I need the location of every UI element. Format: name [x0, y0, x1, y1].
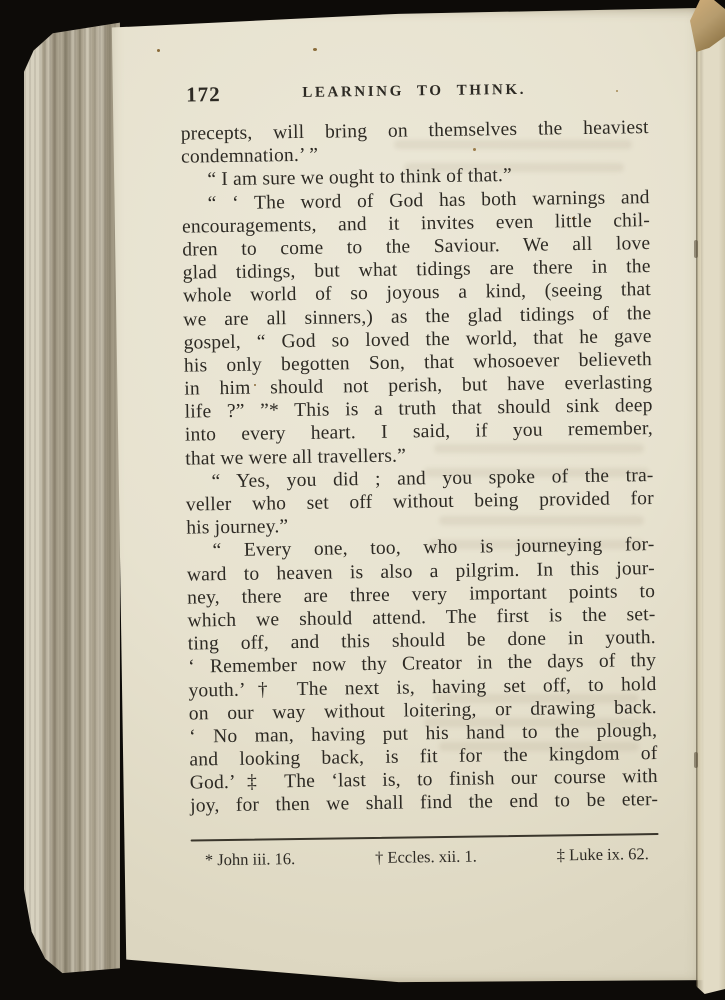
footnote: * John iii. 16. [205, 849, 296, 870]
page-content: 172 LEARNING TO THINK. precepts, will br… [180, 76, 659, 870]
footnote-rule [191, 833, 659, 842]
foxing-speck [157, 49, 160, 52]
footnotes: * John iii. 16.† Eccles. xii. 1.‡ Luke i… [191, 844, 659, 871]
gutter-notch [694, 240, 698, 258]
body-text: precepts, will bring on themselves the h… [181, 116, 659, 818]
gutter-notch [694, 752, 698, 768]
book-scan: 172 LEARNING TO THINK. precepts, will br… [0, 0, 725, 1000]
footnote: ‡ Luke ix. 62. [557, 844, 649, 865]
book-page: 172 LEARNING TO THINK. precepts, will br… [104, 6, 705, 986]
footnote: † Eccles. xii. 1. [375, 846, 477, 867]
page-edges-stack [24, 14, 120, 976]
page-number: 172 [186, 82, 221, 107]
page-header: 172 LEARNING TO THINK. [180, 76, 648, 109]
running-header: LEARNING TO THINK. [302, 82, 526, 102]
next-page-edge [696, 0, 725, 1000]
foxing-speck [313, 48, 317, 51]
